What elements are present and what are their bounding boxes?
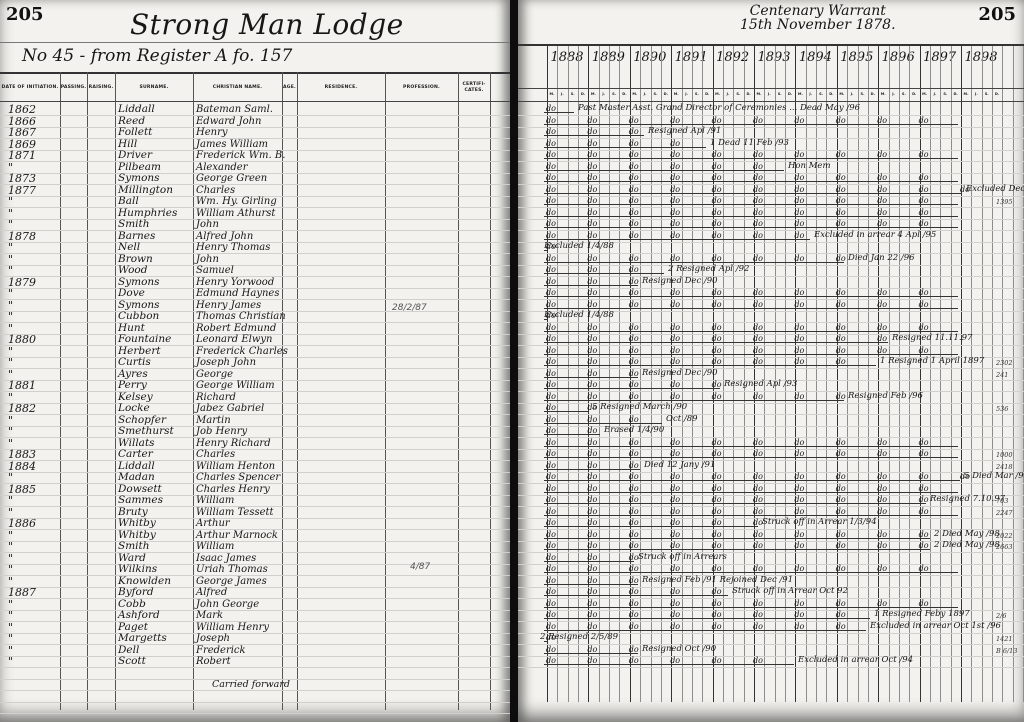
status-annotation: Struck off in Arrear 1/3/94 [762,517,877,527]
row-ruling [0,713,510,714]
initiation-date: " [8,208,54,220]
surname: Ball [118,196,194,208]
member-row: 1866ReedEdward John [0,116,510,128]
margin-number: 1421 [996,635,1013,643]
dues-mark: do [670,438,680,447]
christian-name: John George [196,599,288,611]
member-row: 1884LiddallWilliam Henton [0,461,510,473]
status-annotation: Excluded 1/4/88 [544,310,614,320]
divider [0,42,510,43]
dues-mark: do [753,656,763,665]
surname: Whitby [118,518,194,530]
dues-row: dododoResigned Oct /90 [518,645,1024,657]
member-row: 1883CarterCharles [0,449,510,461]
christian-name: Joseph [196,633,288,645]
christian-name: Jabez Gabriel [196,403,288,415]
dues-mark: do [836,449,846,458]
initiation-date: 1879 [8,277,54,289]
member-row: "CurtisJoseph John [0,357,510,369]
dues-mark: do [919,219,929,228]
dues-mark: do [753,357,763,366]
dues-row: do2 Resigned 2/5/89 [518,633,1024,645]
dues-mark: do [753,231,763,240]
status-annotation: 2 Died May /98 [934,529,1000,539]
dues-mark: do [836,610,846,619]
member-row: "DellFrederick [0,645,510,657]
member-row: "CubbonThomas Christian [0,311,510,323]
dues-mark: do [670,357,680,366]
dues-mark: do [753,150,763,159]
dues-mark: do [712,300,722,309]
dues-mark: do [794,484,804,493]
member-row: "WardIsaac James [0,553,510,565]
dues-mark: do [670,300,680,309]
dues-mark: do [587,116,597,125]
member-row: 1869HillJames William [0,139,510,151]
quarter-label: J. [889,92,899,96]
dues-line [544,515,958,516]
christian-name: Arthur [196,518,288,530]
status-annotation: Resigned Oct /90 [642,644,716,654]
status-annotation: 2 Died May /98 [934,540,1000,550]
dues-mark: do [587,323,597,332]
member-row: 1881PerryGeorge William [0,380,510,392]
dues-mark: do [753,610,763,619]
member-row: "AyresGeorge [0,369,510,381]
status-annotation: Erased 1/4/90 [604,425,664,435]
status-annotation: Resigned Dec /90 [642,368,718,378]
member-row: "HerbertFrederick Charles [0,346,510,358]
surname: Scott [118,656,194,668]
status-annotation: Resigned Feb /96 [848,391,923,401]
member-row: 1871DriverFrederick Wm. B. [0,150,510,162]
dues-mark: do [629,173,639,182]
dues-mark: do [794,300,804,309]
dues-mark: do [794,185,804,194]
dues-mark: do [712,162,722,171]
dues-mark: do [753,599,763,608]
dues-mark: do [794,495,804,504]
dues-mark: do [587,369,597,378]
status-annotation: 1 Resigned Feby 1897 [874,609,970,619]
quarter-label: D. [951,92,961,96]
dues-mark: do [546,265,556,274]
dues-mark: do [712,254,722,263]
dues-mark: do [712,541,722,550]
dues-mark: do [546,357,556,366]
dues-mark: do [587,507,597,516]
dues-mark: do [629,162,639,171]
member-row: "HuntRobert Edmund [0,323,510,335]
dues-mark: do [670,150,680,159]
member-row: "NellHenry Thomas [0,242,510,254]
christian-name: Isaac James [196,553,288,565]
initiation-date: " [8,254,54,266]
christian-name: William Henry [196,622,288,634]
margin-number: 536 [996,405,1008,413]
dues-mark: do [587,380,597,389]
initiation-date: " [8,426,54,438]
status-annotation: Died Jan 22 /96 [848,253,915,263]
surname: Sammes [118,495,194,507]
margin-number: 2663 [996,543,1013,551]
dues-mark: do [753,219,763,228]
christian-name: Henry James [196,300,288,312]
christian-name: Uriah Thomas [196,564,288,576]
status-annotation: 2 Resigned 2/5/89 [540,632,618,642]
quarter-label: S. [651,92,661,96]
dues-mark: do [877,438,887,447]
christian-name: William Tessett [196,507,288,519]
dues-mark: do [587,415,597,424]
surname: Liddall [118,104,194,116]
column-header: PROFESSION. [385,75,458,101]
dues-row: dododododoResigned Apl /93 [518,380,1024,392]
dues-mark: do [629,438,639,447]
dues-mark: do [712,587,722,596]
status-annotation: 2 Resigned Apl /92 [668,264,749,274]
dues-mark: do [629,288,639,297]
dues-mark: do [753,392,763,401]
initiation-date: " [8,311,54,323]
dues-mark: do [919,507,929,516]
dues-mark: do [753,288,763,297]
dues-row: dododoDied 12 Jany /91 [518,461,1024,473]
member-row: "KnowldenGeorge James [0,576,510,588]
dues-mark: do [919,196,929,205]
quarter-label: S. [982,92,992,96]
dues-line [544,549,930,550]
surname: Wilkins [118,564,194,576]
christian-name: Frederick Wm. B. [196,150,288,162]
dues-mark: do [629,587,639,596]
surname: Driver [118,150,194,162]
dues-mark: do [877,599,887,608]
column-header: RAISING. [87,75,115,101]
margin-number: 1000 [996,451,1013,459]
dues-mark: do [587,254,597,263]
member-row: "SmithWilliam [0,541,510,553]
pencil-note: 4/87 [410,562,430,572]
dues-mark: do [794,357,804,366]
dues-mark: do [670,392,680,401]
member-row: 1885DowsettCharles Henry [0,484,510,496]
dues-mark: do [794,507,804,516]
initiation-date: 1883 [8,449,54,461]
left-register-page: 205 Strong Man Lodge No 45 - from Regist… [0,0,510,722]
dues-mark: do [877,219,887,228]
quarter-label: S. [858,92,868,96]
dues-mark: do [629,150,639,159]
dues-mark: do [877,472,887,481]
dues-mark: do [794,208,804,217]
dues-mark: do [836,438,846,447]
dues-line [544,538,930,539]
dues-mark: do [794,116,804,125]
margin-number: 2/6 [996,612,1006,620]
dues-mark: do [753,196,763,205]
dues-mark: do [546,426,556,435]
christian-name: Henry Richard [196,438,288,450]
dues-mark: do [836,472,846,481]
dues-mark: do [670,484,680,493]
dues-mark: do [712,116,722,125]
dues-line [544,492,958,493]
dues-mark: do [670,208,680,217]
member-row: "HumphriesWilliam Athurst [0,208,510,220]
dues-mark: do [546,449,556,458]
dues-mark: do [587,610,597,619]
dues-mark: do [629,139,639,148]
dues-line [544,572,958,573]
dues-mark: do [753,116,763,125]
dues-mark: do [546,185,556,194]
dues-mark: do [836,357,846,366]
member-row: "WoodSamuel [0,265,510,277]
dues-mark: do [712,346,722,355]
member-row: "CobbJohn George [0,599,510,611]
dues-mark: do [587,288,597,297]
dues-mark: do [919,438,929,447]
header-rule [0,101,510,102]
dues-mark: do [794,231,804,240]
dues-mark: do [877,300,887,309]
christian-name: Alfred John [196,231,288,243]
margin-number: 703 [996,497,1008,505]
dues-mark: do [670,185,680,194]
quarter-label: M. [920,92,930,96]
member-row: "SmithJohn [0,219,510,231]
dues-mark: do [546,622,556,631]
dues-row: dodododododododododo [518,150,1024,162]
dues-mark: do [670,610,680,619]
dues-mark: do [836,208,846,217]
quarter-label: S. [568,92,578,96]
quarter-label: D. [578,92,588,96]
dues-mark: do [546,104,556,113]
member-row: "WillatsHenry Richard [0,438,510,450]
dues-mark: do [753,334,763,343]
quarter-label: S. [609,92,619,96]
christian-name: Leonard Elwyn [196,334,288,346]
member-row: 1877MillingtonCharles [0,185,510,197]
member-row: "PagetWilliam Henry [0,622,510,634]
christian-name: William Athurst [196,208,288,220]
dues-mark: do [794,530,804,539]
dues-mark: do [587,127,597,136]
dues-mark: do [670,622,680,631]
dues-mark: do [546,599,556,608]
dues-row: doExcluded 1/4/88 [518,311,1024,323]
quarter-label: M. [878,92,888,96]
dues-mark: do [712,472,722,481]
dues-mark: do [836,599,846,608]
dues-mark: do [670,518,680,527]
dues-line [544,480,960,481]
margin-number: 1395 [996,198,1013,206]
dues-mark: do [836,484,846,493]
dues-mark: do [794,392,804,401]
member-row: "KelseyRichard [0,392,510,404]
christian-name: Arthur Marnock [196,530,288,542]
dues-mark: do [587,346,597,355]
dues-mark: do [712,231,722,240]
quarter-label: S. [940,92,950,96]
christian-name: Thomas Christian [196,311,288,323]
dues-row: dodododododododododo2 Died May /98 [518,541,1024,553]
dues-mark: do [546,645,556,654]
dues-mark: do [836,346,846,355]
quarter-label: D. [661,92,671,96]
dues-mark: do [670,587,680,596]
dues-mark: do [629,449,639,458]
initiation-date: " [8,656,54,668]
quarter-label: J. [640,92,650,96]
dues-line [544,354,958,355]
christian-name: Robert Edmund [196,323,288,335]
surname: Perry [118,380,194,392]
member-row: "BrownJohn [0,254,510,266]
dues-mark: do [712,357,722,366]
dues-mark: do [629,334,639,343]
dues-line [544,423,662,424]
quarter-label: D. [826,92,836,96]
quarter-header-rule [518,101,1024,102]
dues-mark: do [753,472,763,481]
dues-mark: do [629,369,639,378]
initiation-date: " [8,472,54,484]
christian-name: Wm. Hy. Girling [196,196,288,208]
dues-mark: do [712,507,722,516]
initiation-date: " [8,610,54,622]
member-row: "WilkinsUriah Thomas [0,564,510,576]
dues-line [544,331,958,332]
status-annotation: Resigned Apl /91 [648,126,721,136]
dues-mark: do [629,357,639,366]
dues-mark: do [546,553,556,562]
dues-mark: do [794,323,804,332]
initiation-date: " [8,242,54,254]
dues-mark: do [546,461,556,470]
dues-mark: do [877,323,887,332]
member-row: "MadanCharles Spencer [0,472,510,484]
dues-mark: do [546,288,556,297]
dues-mark: do [629,461,639,470]
initiation-date: " [8,633,54,645]
member-row: 1879SymonsHenry Yorwood [0,277,510,289]
dues-mark: do [670,139,680,148]
dues-mark: do [546,472,556,481]
dues-mark: do [712,150,722,159]
dues-mark: do [587,150,597,159]
initiation-date: " [8,357,54,369]
status-annotation: Resigned Feb /91 Rejoined Dec /91 [642,575,793,585]
dues-mark: do [587,185,597,194]
dues-mark: do [919,185,929,194]
dues-mark: do [877,507,887,516]
dues-row: dododododoStruck off in Arrear Oct 92 [518,587,1024,599]
quarter-label: S. [899,92,909,96]
dues-mark: do [836,530,846,539]
quarter-label: D. [868,92,878,96]
member-row: 1862LiddallBateman Saml. [0,104,510,116]
surname: Ashford [118,610,194,622]
status-annotation: 5 Died Mar /97 [964,471,1024,481]
quarter-label: M. [547,92,557,96]
dues-mark: do [629,208,639,217]
christian-name: William Henton [196,461,288,473]
quarter-label: J. [930,92,940,96]
dues-row: dodododododoHon Mem [518,162,1024,174]
dues-mark: do [753,530,763,539]
initiation-date: " [8,288,54,300]
dues-mark: do [587,196,597,205]
dues-mark: do [712,288,722,297]
initiation-date: 1885 [8,484,54,496]
initiation-date: " [8,196,54,208]
status-annotation: 1 Resigned 1 April 1897 [880,356,984,366]
surname: Fountaine [118,334,194,346]
dues-mark: do [836,392,846,401]
dues-mark: do [587,587,597,596]
dues-mark: do [794,610,804,619]
dues-mark: do [546,127,556,136]
dues-mark: do [712,219,722,228]
dues-mark: do [712,495,722,504]
status-annotation: Died 12 Jany /91 [644,460,715,470]
dues-mark: do [712,599,722,608]
dues-row: dododododododododoResigned 11.11.97 [518,334,1024,346]
surname: Smethurst [118,426,194,438]
initiation-date: 1873 [8,173,54,185]
dues-mark: do [794,150,804,159]
dues-mark: do [587,334,597,343]
dues-mark: do [546,495,556,504]
dues-mark: do [587,622,597,631]
dues-mark: do [836,507,846,516]
surname: Margetts [118,633,194,645]
dues-mark: do [546,369,556,378]
surname: Smith [118,541,194,553]
dues-mark: do [546,208,556,217]
initiation-date: " [8,599,54,611]
quarter-label: D. [702,92,712,96]
dues-mark: do [587,139,597,148]
member-row: 1867FollettHenry [0,127,510,139]
dues-mark: do [712,656,722,665]
dues-mark: do [546,656,556,665]
quarter-label: J. [599,92,609,96]
member-row: "SymonsHenry James [0,300,510,312]
dues-line [544,181,958,182]
dues-mark: do [836,288,846,297]
right-register-page: 205 Centenary Warrant 15th November 1878… [518,0,1024,722]
christian-name: Martin [196,415,288,427]
christian-name: James William [196,139,288,151]
dues-mark: do [629,564,639,573]
dues-mark: do [712,323,722,332]
dues-mark: do [753,323,763,332]
dues-row: dododoResigned Dec /90 [518,277,1024,289]
quarter-label: J. [847,92,857,96]
dues-mark: do [753,622,763,631]
dues-mark: do [670,380,680,389]
christian-name: Bateman Saml. [196,104,288,116]
dues-mark: do [629,656,639,665]
dues-row: dodododododododododoResigned 7.10.97 [518,495,1024,507]
dues-row: dodododo1 Dead 11 Feb /93 [518,139,1024,151]
surname: Wood [118,265,194,277]
